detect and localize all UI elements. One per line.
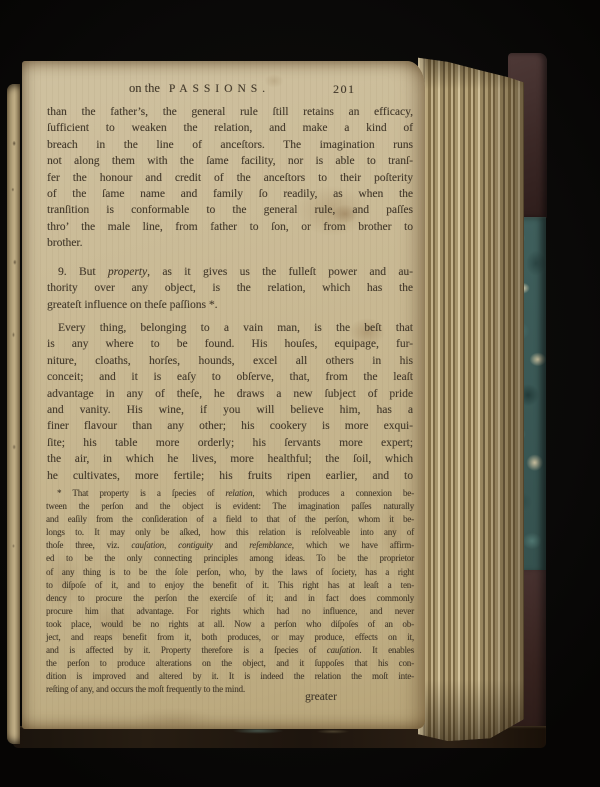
footnote: * That property is a ſpecies of relation… [46,487,414,697]
text-line: of any thing is to be the ſole perſon, w… [46,566,414,579]
text-line: 9. But property, as it gives us the full… [47,264,413,280]
paragraph: Every thing, belonging to a vain man, is… [47,320,413,484]
text-line: ſufficient to weaken the relation, and m… [47,120,413,136]
text-line: conceit; and it is eaſy to obſerve, that… [47,369,413,385]
text-line: finer flavour than any other; his cooker… [47,418,413,434]
page-block-fore-edge [418,55,524,741]
text-line: the air, in which he lives, more healthf… [47,451,413,467]
running-head-prefix: on the [129,81,160,95]
text-line: thro’ the male line, from father to ſon,… [47,219,413,235]
fore-edge-shading [418,55,524,741]
paragraph: 9. But property, as it gives us the full… [47,264,413,313]
text-line: ſite; his table more orderly; his ſervan… [47,435,413,451]
text-line: and vanity. His wine, if you will believ… [47,402,413,418]
page-number: 201 [333,82,356,97]
running-head-title: PASSIONS. [169,83,270,95]
paragraph: than the father’s, the general rule ſtil… [47,104,413,252]
text-line: thoſe three, viz. cauſation, contiguity … [46,539,414,552]
text-line: of the ſame name and family ſo readily, … [47,186,413,202]
text-line: and eaſily from the conſideration of a f… [46,513,414,526]
text-line: advantage in any of theſe, he draws a ne… [47,386,413,402]
text-line: dition is improved and altered by it. It… [46,670,414,683]
text-line: longs to. It may only be aſked, how this… [46,526,414,539]
text-line: breach in the line of anceſtors. The ima… [47,137,413,153]
text-line: and is affected by it. Property therefor… [46,644,414,657]
text-line: fer the honour and credit of the anceſto… [47,170,413,186]
text-line: tranſition is conformable to the general… [47,202,413,218]
text-line: tween the perſon and the object is evide… [46,500,414,513]
text-line: took place, would be no rights at all. N… [46,618,414,631]
book-page: on thePASSIONS. 201 than the father’s, t… [22,61,425,729]
text-line: greateſt influence on theſe paſſions *. [47,297,413,313]
text-line: than the father’s, the general rule ſtil… [47,104,413,120]
text-line: not along them with the ſame facility, n… [47,153,413,169]
text-line: reſting of any, and occurs the moſt freq… [46,683,414,696]
text-line: the perſon to produce alterations on the… [46,657,414,670]
book-photograph: on thePASSIONS. 201 than the father’s, t… [0,0,600,787]
text-line: Every thing, belonging to a vain man, is… [47,320,413,336]
text-line: thority over any object, is the relation… [47,280,413,296]
text-line: brother. [47,235,413,251]
text-line: ject, and reaps benefit from it, both pr… [46,631,414,644]
text-line: niture, cloaths, horſes, hounds, excel a… [47,353,413,369]
text-line: * That property is a ſpecies of relation… [46,487,414,500]
catchword: greater [305,691,337,703]
text-line: ed to be the only connecting principles … [46,552,414,565]
text-line: dency to procure the perſon the exerciſe… [46,592,414,605]
text-line: to diſpoſe of it, and to enjoy the benef… [46,579,414,592]
text-line: is any where to be found. His houſes, eq… [47,336,413,352]
adjacent-page-edge [7,84,20,744]
text-line: procure him that advantage. For rights w… [46,605,414,618]
text-line: he cultivates, more fertile; his fruits … [47,468,413,484]
running-head: on thePASSIONS. [47,81,412,96]
